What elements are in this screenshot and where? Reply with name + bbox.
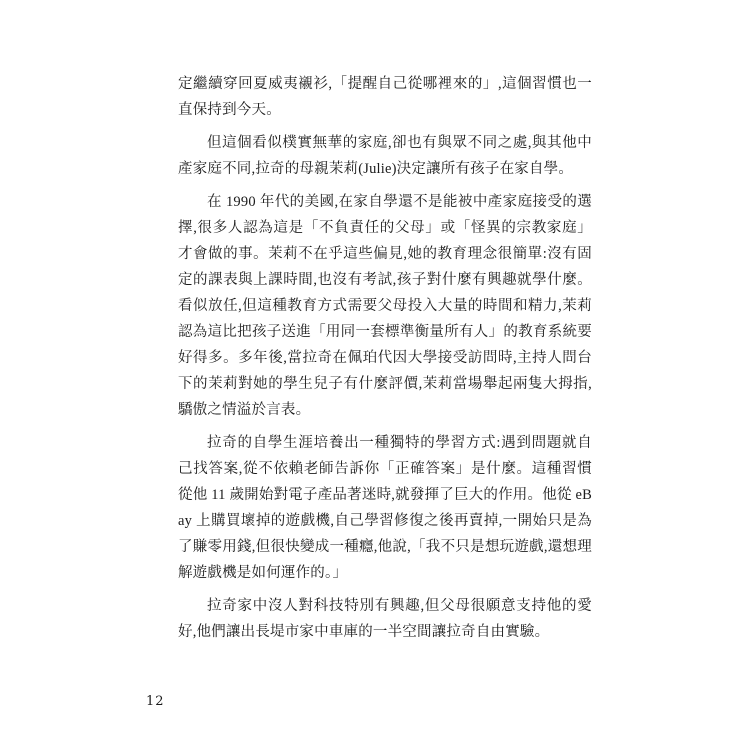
page-number: 12 — [146, 694, 165, 709]
paragraph-4: 拉奇的自學生涯培養出一種獨特的學習方式:遇到問題就自己找答案,從不依賴老師告訴你… — [178, 430, 592, 586]
page-text-block: 定繼續穿回夏威夷襯衫,「提醒自己從哪裡來的」,這個習慣也一直保持到今天。 但這個… — [178, 71, 592, 645]
paragraph-2: 但這個看似樸實無華的家庭,卻也有與眾不同之處,與其他中產家庭不同,拉奇的母親茉莉… — [178, 130, 592, 182]
paragraph-5: 拉奇家中沒人對科技特別有興趣,但父母很願意支持他的愛好,他們讓出長堤市家中車庫的… — [178, 593, 592, 645]
paragraph-3: 在 1990 年代的美國,在家自學還不是能被中產家庭接受的選擇,很多人認為這是「… — [178, 189, 592, 423]
paragraph-1: 定繼續穿回夏威夷襯衫,「提醒自己從哪裡來的」,這個習慣也一直保持到今天。 — [178, 71, 592, 123]
book-page: 定繼續穿回夏威夷襯衫,「提醒自己從哪裡來的」,這個習慣也一直保持到今天。 但這個… — [0, 0, 750, 750]
